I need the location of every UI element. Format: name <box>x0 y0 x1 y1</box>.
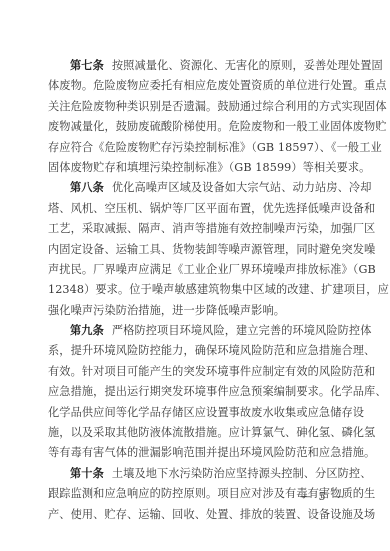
article-8-line-1: 第八条优化高噪声区域及设备如大宗气站、动力站房、冷却 <box>48 178 342 198</box>
article-9-line-7: 等有毒有害气体的泄漏影响范围并提出环境风险防范和应急措施。 <box>48 443 342 463</box>
article-7-heading: 第七条 <box>70 59 104 72</box>
article-8-line-3: 工艺，采取减振、隔声、消声等措施有效控制噪声污染，加强厂区 <box>48 219 342 239</box>
article-10-line-1: 第十条土壤及地下水污染防治应坚持源头控制、分区防控、 <box>48 464 342 484</box>
article-7-line-5: 存应符合《危险废物贮存污染控制标准》（GB 18597）、《一般工业 <box>48 138 342 158</box>
article-7-line-4: 废物减量化，鼓励废硫酸阶梯使用。危险废物和一般工业固体废物贮 <box>48 117 342 137</box>
article-10-line-2: 跟踪监测和应急响应的防控原则。项目应对涉及有毒有害物质的生 <box>48 484 342 504</box>
article-9-line-2: 系，提升环境风险防控能力，确保环境风险防范和应急措施合理、 <box>48 341 342 361</box>
article-8-line-4: 内固定设备、运输工具、货物装卸等噪声源管理，同时避免突发噪 <box>48 240 342 260</box>
article-10-line-3: 产、使用、贮存、运输、回收、处置、排放的装置、设备设施及场 <box>48 505 342 525</box>
article-9-line-1: 第九条严格防控项目环境风险，建立完善的环境风险防控体 <box>48 321 342 341</box>
document-body: 第七条按照减量化、资源化、无害化的原则，妥善处理处置固 体废物。危险废物应委托有… <box>48 56 342 525</box>
article-9-line-5: 化学品供应间等化学品存储区应设置事故废水收集或应急储存设 <box>48 403 342 423</box>
article-10-heading: 第十条 <box>70 467 104 480</box>
article-8-line-6: 12348）要求。位于噪声敏感建筑物集中区域的改建、扩建项目，应 <box>48 280 342 300</box>
article-7-line-3: 关注危险废物种类识别是否遗漏。鼓励通过综合利用的方式实现固体 <box>48 97 342 117</box>
article-7-line-2: 体废物。危险废物应委托有相应危废处置资质的单位进行处置。重点 <box>48 76 342 96</box>
article-8-line-2: 塔、风机、空压机、锅炉等厂区平面布置，优先选择低噪声设备和 <box>48 199 342 219</box>
article-7-line-6: 固体废物贮存和填埋污染控制标准》（GB 18599）等相关要求。 <box>48 158 342 178</box>
article-8-heading: 第八条 <box>70 181 104 194</box>
article-7-line-1: 第七条按照减量化、资源化、无害化的原则，妥善处理处置固 <box>48 56 342 76</box>
article-9-line-4: 应急措施，提出运行期突发环境事件应急预案编制要求。化学品库、 <box>48 382 342 402</box>
article-8-line-7: 强化噪声污染防治措施，进一步降低噪声影响。 <box>48 301 342 321</box>
page-number: — 5 — <box>300 490 346 503</box>
article-9-line-6: 施，以及采取其他防液体流散措施。应计算氯气、砷化氢、磷化氢 <box>48 423 342 443</box>
article-8-line-5: 声扰民。厂界噪声应满足《工业企业厂界环境噪声排放标准》（GB <box>48 260 342 280</box>
article-9-heading: 第九条 <box>70 324 104 337</box>
article-9-line-3: 有效。针对项目可能产生的突发环境事件应制定有效的风险防范和 <box>48 362 342 382</box>
